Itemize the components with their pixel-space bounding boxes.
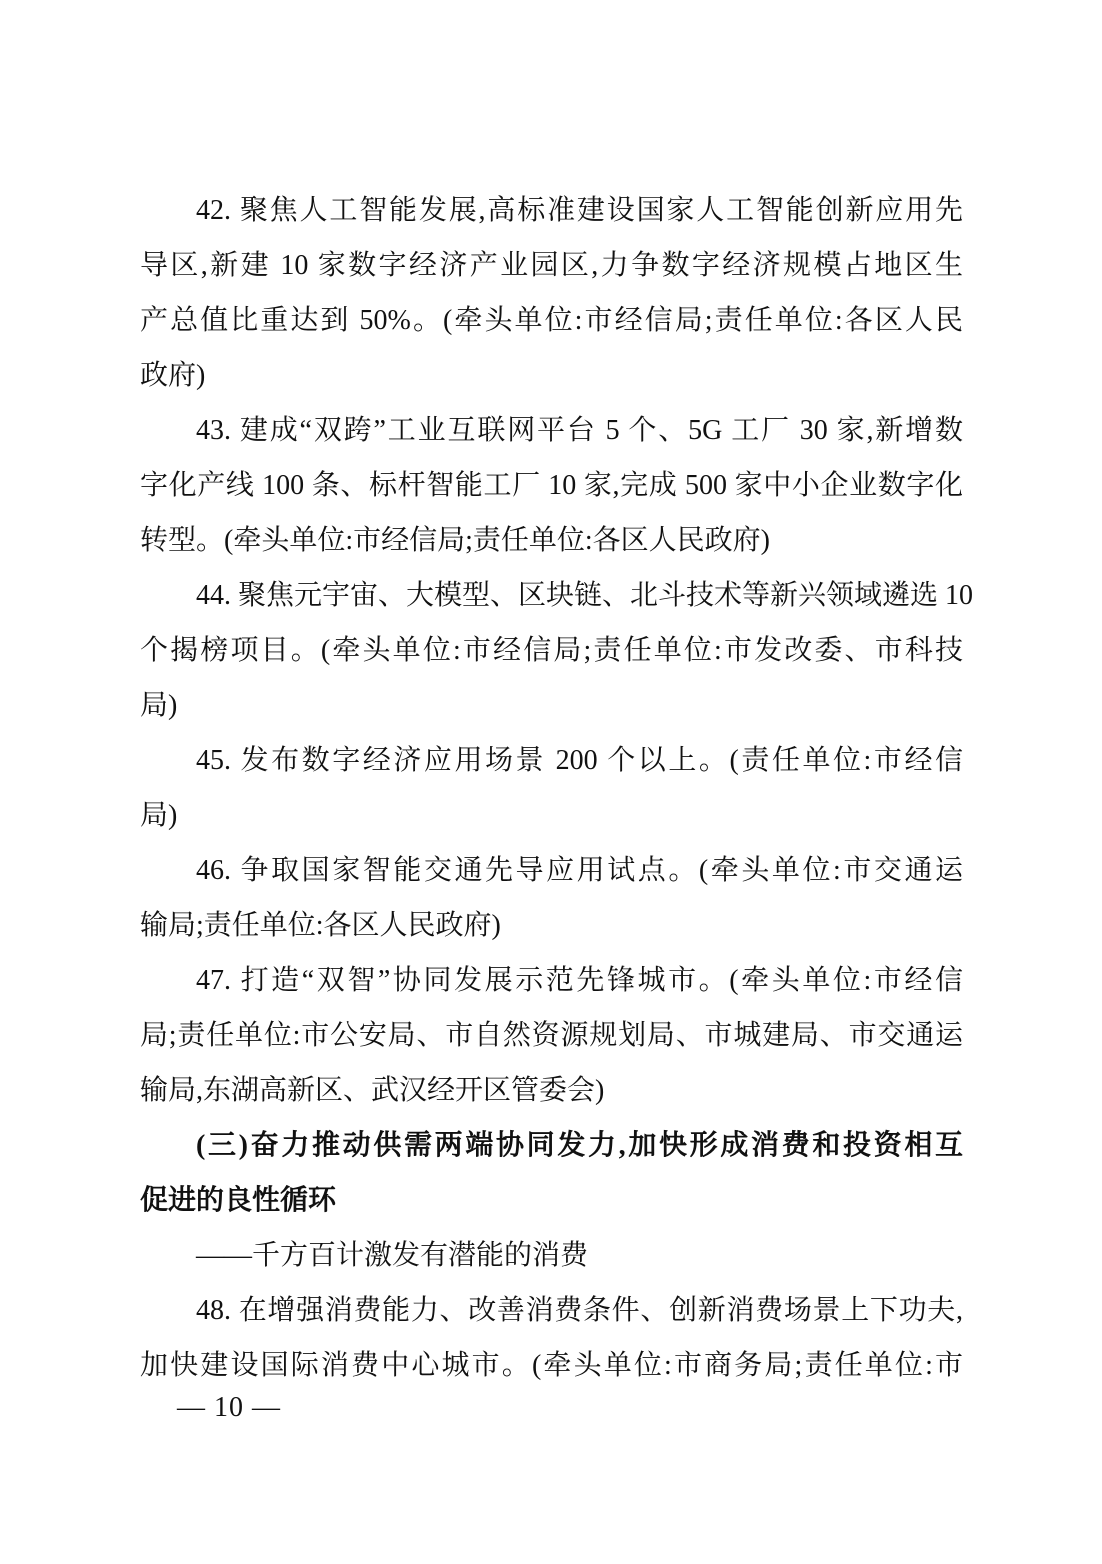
subheading-line: ——千方百计激发有潜能的消费 <box>140 1228 963 1283</box>
paragraph-item-47: 47. 打造“双智”协同发展示范先锋城市。(牵头单位:市经信 局;责任单位:市公… <box>140 953 963 1118</box>
body-line: 加快建设国际消费中心城市。(牵头单位:市商务局;责任单位:市 <box>140 1338 963 1393</box>
body-line: 输局,东湖高新区、武汉经开区管委会) <box>140 1063 963 1118</box>
body-line: 局;责任单位:市公安局、市自然资源规划局、市城建局、市交通运 <box>140 1008 963 1063</box>
body-line: 局) <box>140 788 963 843</box>
body-line: 43. 建成“双跨”工业互联网平台 5 个、5G 工厂 30 家,新增数 <box>140 403 963 458</box>
body-line: 47. 打造“双智”协同发展示范先锋城市。(牵头单位:市经信 <box>140 953 963 1008</box>
body-line: 46. 争取国家智能交通先导应用试点。(牵头单位:市交通运 <box>140 843 963 898</box>
body-line: 个揭榜项目。(牵头单位:市经信局;责任单位:市发改委、市科技 <box>140 623 963 678</box>
body-line: 48. 在增强消费能力、改善消费条件、创新消费场景上下功夫, <box>140 1283 963 1338</box>
body-line: 42. 聚焦人工智能发展,高标准建设国家人工智能创新应用先 <box>140 183 963 238</box>
body-line: 导区,新建 10 家数字经济产业园区,力争数字经济规模占地区生 <box>140 238 963 293</box>
body-line: 44. 聚焦元宇宙、大模型、区块链、北斗技术等新兴领域遴选 10 <box>140 568 963 623</box>
section-3-heading: (三)奋力推动供需两端协同发力,加快形成消费和投资相互 促进的良性循环 <box>140 1118 963 1228</box>
body-line: 输局;责任单位:各区人民政府) <box>140 898 963 953</box>
paragraph-item-43: 43. 建成“双跨”工业互联网平台 5 个、5G 工厂 30 家,新增数 字化产… <box>140 403 963 568</box>
subheading-consumption: ——千方百计激发有潜能的消费 <box>140 1228 963 1283</box>
body-line: 45. 发布数字经济应用场景 200 个以上。(责任单位:市经信 <box>140 733 963 788</box>
body-line: 字化产线 100 条、标杆智能工厂 10 家,完成 500 家中小企业数字化 <box>140 458 963 513</box>
body-line: 产总值比重达到 50%。(牵头单位:市经信局;责任单位:各区人民 <box>140 293 963 348</box>
section-heading-line: (三)奋力推动供需两端协同发力,加快形成消费和投资相互 <box>140 1118 963 1173</box>
document-body: 42. 聚焦人工智能发展,高标准建设国家人工智能创新应用先 导区,新建 10 家… <box>140 183 963 1393</box>
section-heading-line: 促进的良性循环 <box>140 1173 963 1228</box>
paragraph-item-48: 48. 在增强消费能力、改善消费条件、创新消费场景上下功夫, 加快建设国际消费中… <box>140 1283 963 1393</box>
page-footer: — 10 — <box>177 1392 281 1424</box>
paragraph-item-45: 45. 发布数字经济应用场景 200 个以上。(责任单位:市经信 局) <box>140 733 963 843</box>
paragraph-item-46: 46. 争取国家智能交通先导应用试点。(牵头单位:市交通运 输局;责任单位:各区… <box>140 843 963 953</box>
body-line: 局) <box>140 678 963 733</box>
document-page: { "colors": { "background": "#ffffff", "… <box>0 0 1102 1564</box>
page-number: — 10 — <box>177 1392 281 1424</box>
body-line: 政府) <box>140 348 963 403</box>
paragraph-item-44: 44. 聚焦元宇宙、大模型、区块链、北斗技术等新兴领域遴选 10 个揭榜项目。(… <box>140 568 963 733</box>
body-line: 转型。(牵头单位:市经信局;责任单位:各区人民政府) <box>140 513 963 568</box>
paragraph-item-42: 42. 聚焦人工智能发展,高标准建设国家人工智能创新应用先 导区,新建 10 家… <box>140 183 963 403</box>
